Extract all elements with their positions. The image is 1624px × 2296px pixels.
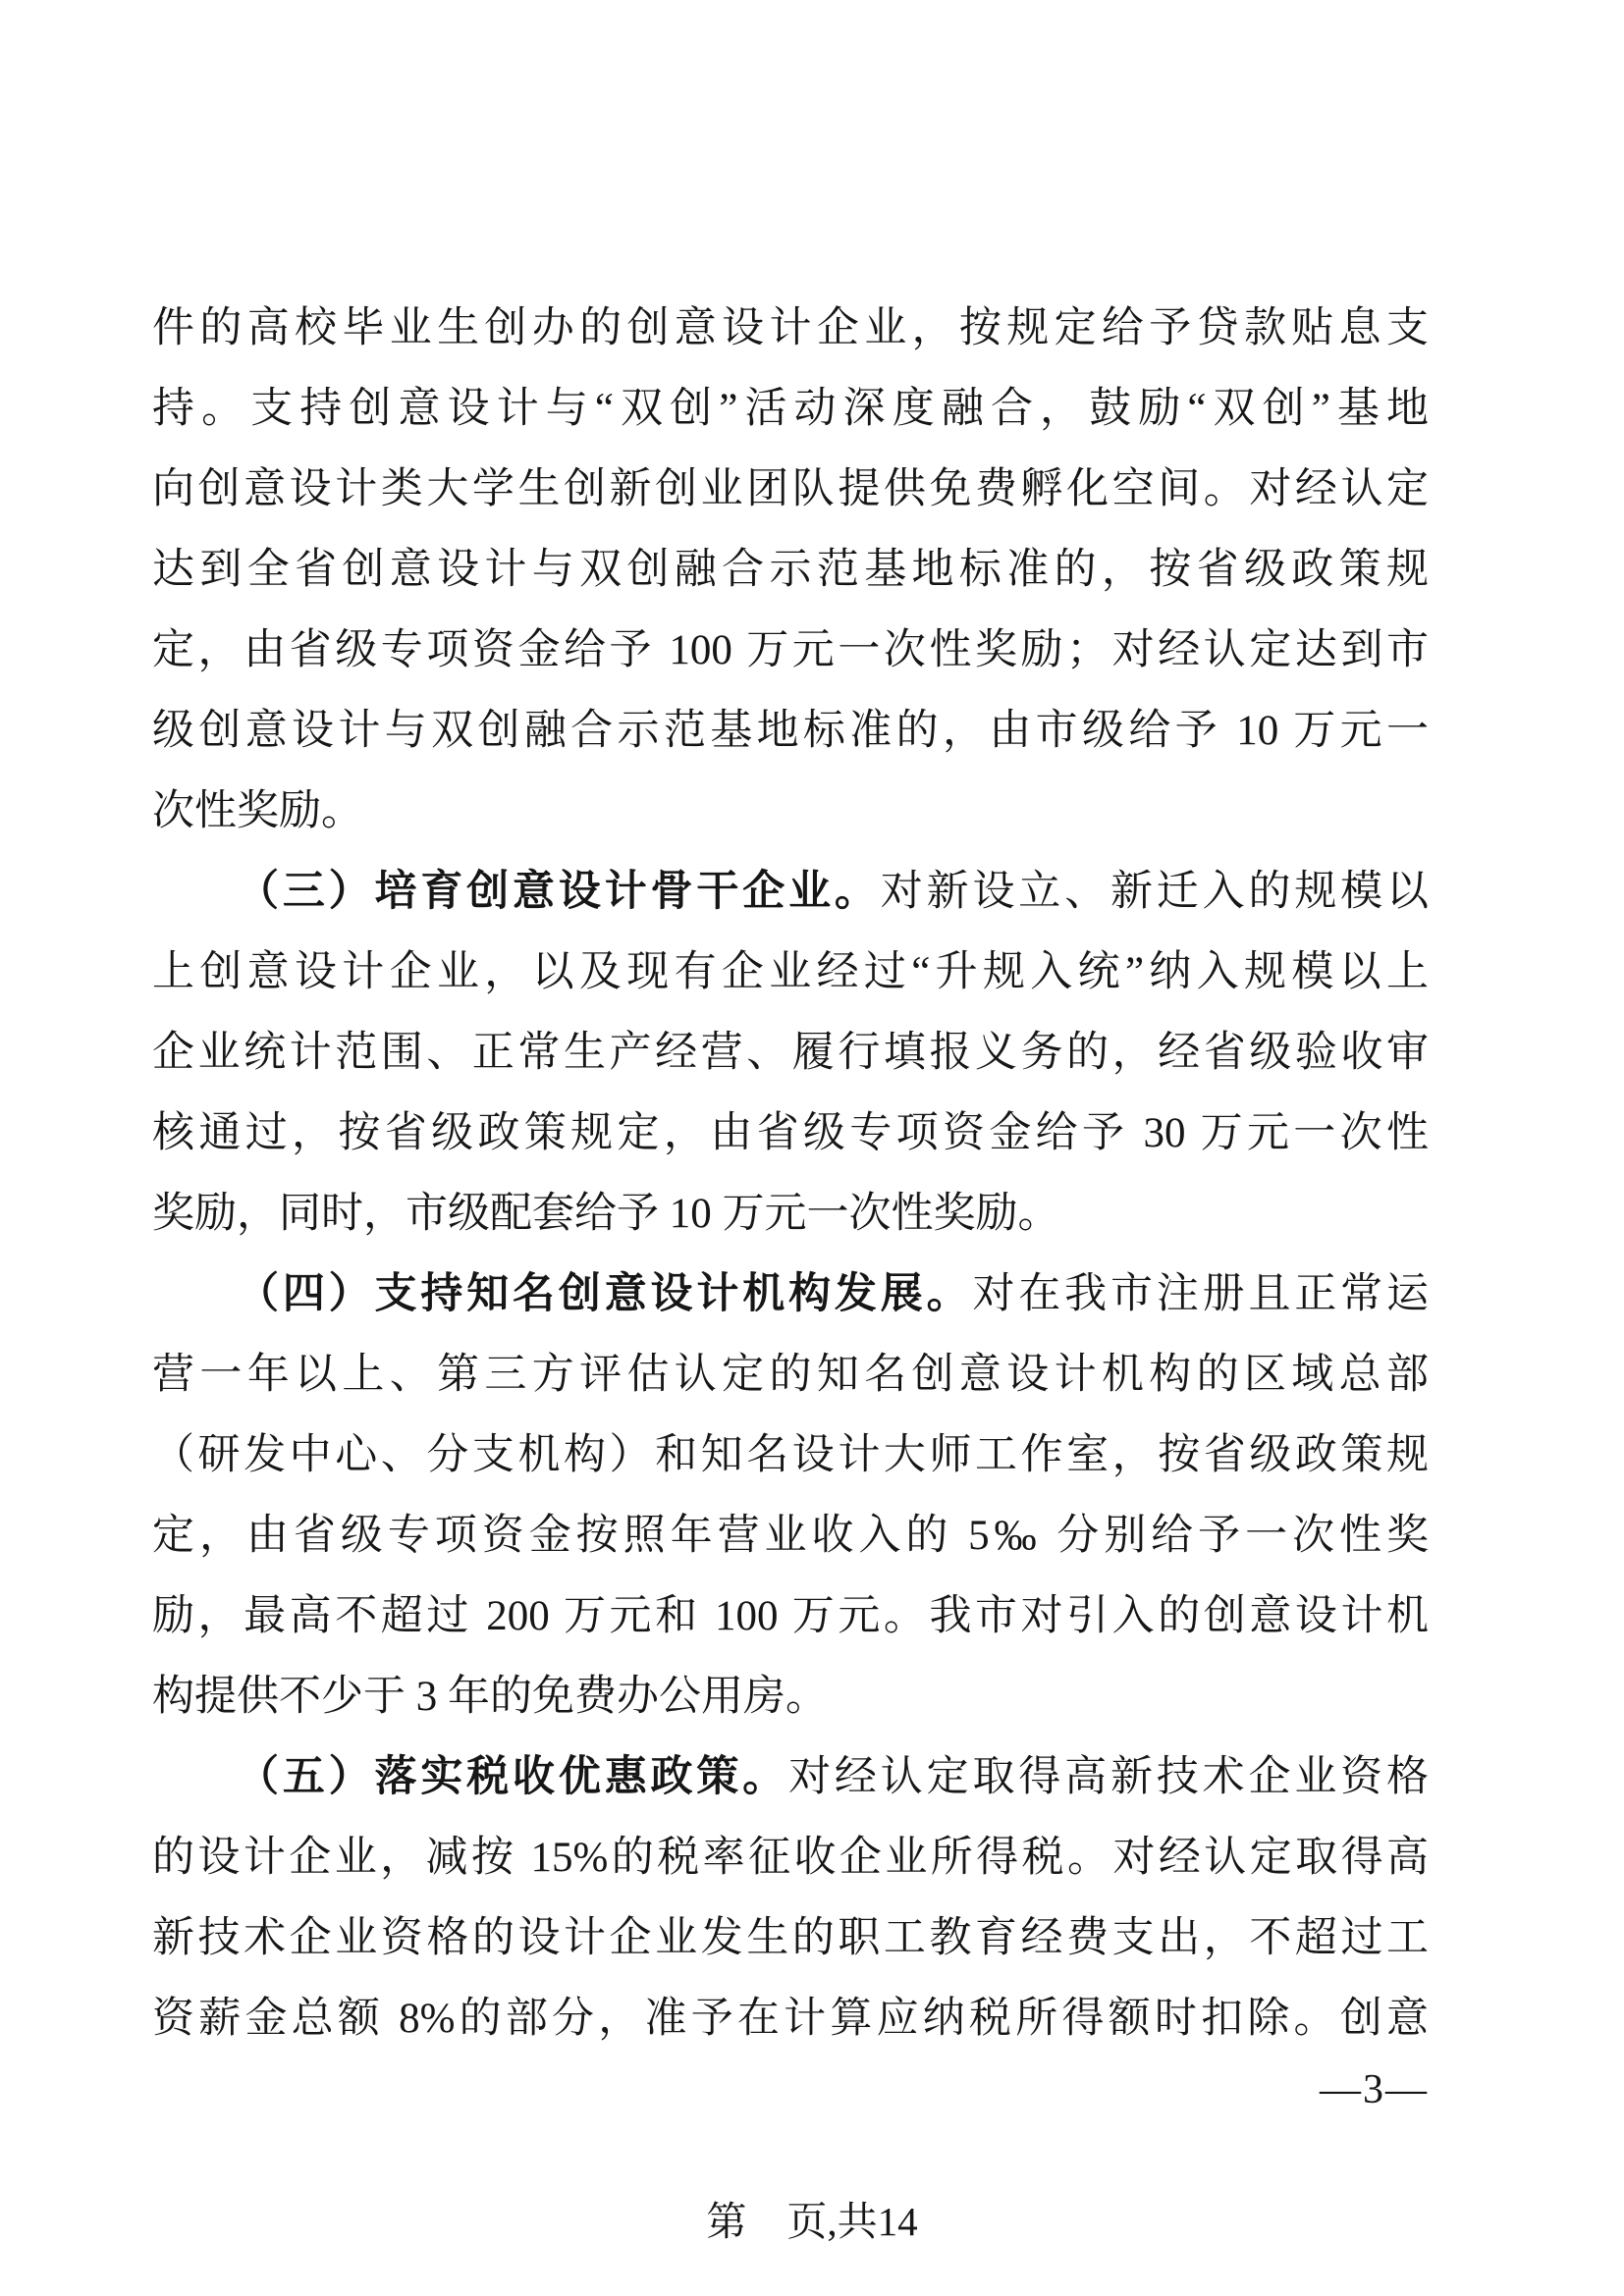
text-line: 励，最高不超过 200 万元和 100 万元。我市对引入的创意设计机 (152, 1576, 1429, 1657)
section-heading: （五）落实税收优惠政策。 (237, 1754, 788, 1800)
document-body: 件的高校毕业生创办的创意设计企业，按规定给予贷款贴息支持。支持创意设计与“双创”… (152, 289, 1429, 2059)
text-line: 营一年以上、第三方评估认定的知名创意设计机构的区域总部 (152, 1335, 1429, 1415)
body-text: 上创意设计企业，以及现有企业经过“升规入统”纳入规模以上 (152, 949, 1429, 995)
text-line: 企业统计范围、正常生产经营、履行填报义务的，经省级验收审 (152, 1013, 1429, 1094)
body-text: 定，由省级专项资金按照年营业收入的 5‰ 分别给予一次性奖 (152, 1513, 1429, 1559)
body-text: 核通过，按省级政策规定，由省级专项资金给予 30 万元一次性 (152, 1110, 1429, 1156)
body-text: 定，由省级专项资金给予 100 万元一次性奖励；对经认定达到市 (152, 627, 1429, 673)
text-line: 达到全省创意设计与双创融合示范基地标准的，按省级政策规 (152, 530, 1429, 611)
text-line: （研发中心、分支机构）和知名设计大师工作室，按省级政策规 (152, 1415, 1429, 1496)
body-text: 构提供不少于 3 年的免费办公用房。 (152, 1674, 828, 1720)
page-number: —3— (152, 2059, 1429, 2120)
body-text: 企业统计范围、正常生产经营、履行填报义务的，经省级验收审 (152, 1030, 1429, 1076)
body-text: 次性奖励。 (152, 788, 363, 834)
body-text: 件的高校毕业生创办的创意设计企业，按规定给予贷款贴息支 (152, 305, 1429, 351)
text-line: 级创意设计与双创融合示范基地标准的，由市级给予 10 万元一 (152, 691, 1429, 772)
text-line: 向创意设计类大学生创新创业团队提供免费孵化空间。对经认定 (152, 450, 1429, 530)
body-text: （研发中心、分支机构）和知名设计大师工作室，按省级政策规 (152, 1432, 1429, 1478)
text-line: 构提供不少于 3 年的免费办公用房。 (152, 1657, 1429, 1737)
text-line: 资薪金总额 8%的部分，准予在计算应纳税所得额时扣除。创意 (152, 1979, 1429, 2059)
body-text: 营一年以上、第三方评估认定的知名创意设计机构的区域总部 (152, 1352, 1429, 1398)
body-text: 级创意设计与双创融合示范基地标准的，由市级给予 10 万元一 (152, 708, 1429, 754)
body-text: 持。支持创意设计与“双创”活动深度融合，鼓励“双创”基地 (152, 386, 1429, 432)
text-line: （三）培育创意设计骨干企业。对新设立、新迁入的规模以 (152, 852, 1429, 933)
text-line: 奖励，同时，市级配套给予 10 万元一次性奖励。 (152, 1174, 1429, 1255)
text-line: 持。支持创意设计与“双创”活动深度融合，鼓励“双创”基地 (152, 369, 1429, 450)
body-text: 奖励，同时，市级配套给予 10 万元一次性奖励。 (152, 1191, 1060, 1237)
text-line: 的设计企业，减按 15%的税率征收企业所得税。对经认定取得高 (152, 1818, 1429, 1898)
body-text: 新技术企业资格的设计企业发生的职工教育经费支出，不超过工 (152, 1915, 1429, 1961)
section-heading: （四）支持知名创意设计机构发展。 (237, 1271, 972, 1317)
text-line: 次性奖励。 (152, 772, 1429, 852)
body-text: 对新设立、新迁入的规模以 (881, 869, 1429, 915)
body-text: 的设计企业，减按 15%的税率征收企业所得税。对经认定取得高 (152, 1835, 1429, 1881)
body-text: 对经认定取得高新技术企业资格 (788, 1754, 1429, 1800)
text-line: 定，由省级专项资金按照年营业收入的 5‰ 分别给予一次性奖 (152, 1496, 1429, 1576)
text-line: （五）落实税收优惠政策。对经认定取得高新技术企业资格 (152, 1737, 1429, 1818)
body-text: 资薪金总额 8%的部分，准予在计算应纳税所得额时扣除。创意 (152, 1996, 1429, 2042)
body-text: 达到全省创意设计与双创融合示范基地标准的，按省级政策规 (152, 547, 1429, 593)
document-page: 件的高校毕业生创办的创意设计企业，按规定给予贷款贴息支持。支持创意设计与“双创”… (0, 0, 1624, 2296)
text-line: （四）支持知名创意设计机构发展。对在我市注册且正常运 (152, 1255, 1429, 1335)
text-line: 核通过，按省级政策规定，由省级专项资金给予 30 万元一次性 (152, 1094, 1429, 1174)
section-heading: （三）培育创意设计骨干企业。 (237, 869, 881, 915)
footer-page-info: 第 页,共14 (0, 2191, 1624, 2252)
body-text: 励，最高不超过 200 万元和 100 万元。我市对引入的创意设计机 (152, 1593, 1429, 1639)
text-line: 新技术企业资格的设计企业发生的职工教育经费支出，不超过工 (152, 1898, 1429, 1979)
body-text: 对在我市注册且正常运 (972, 1271, 1429, 1317)
text-line: 上创意设计企业，以及现有企业经过“升规入统”纳入规模以上 (152, 933, 1429, 1013)
body-text: 向创意设计类大学生创新创业团队提供免费孵化空间。对经认定 (152, 466, 1429, 512)
text-line: 定，由省级专项资金给予 100 万元一次性奖励；对经认定达到市 (152, 611, 1429, 691)
text-line: 件的高校毕业生创办的创意设计企业，按规定给予贷款贴息支 (152, 289, 1429, 369)
